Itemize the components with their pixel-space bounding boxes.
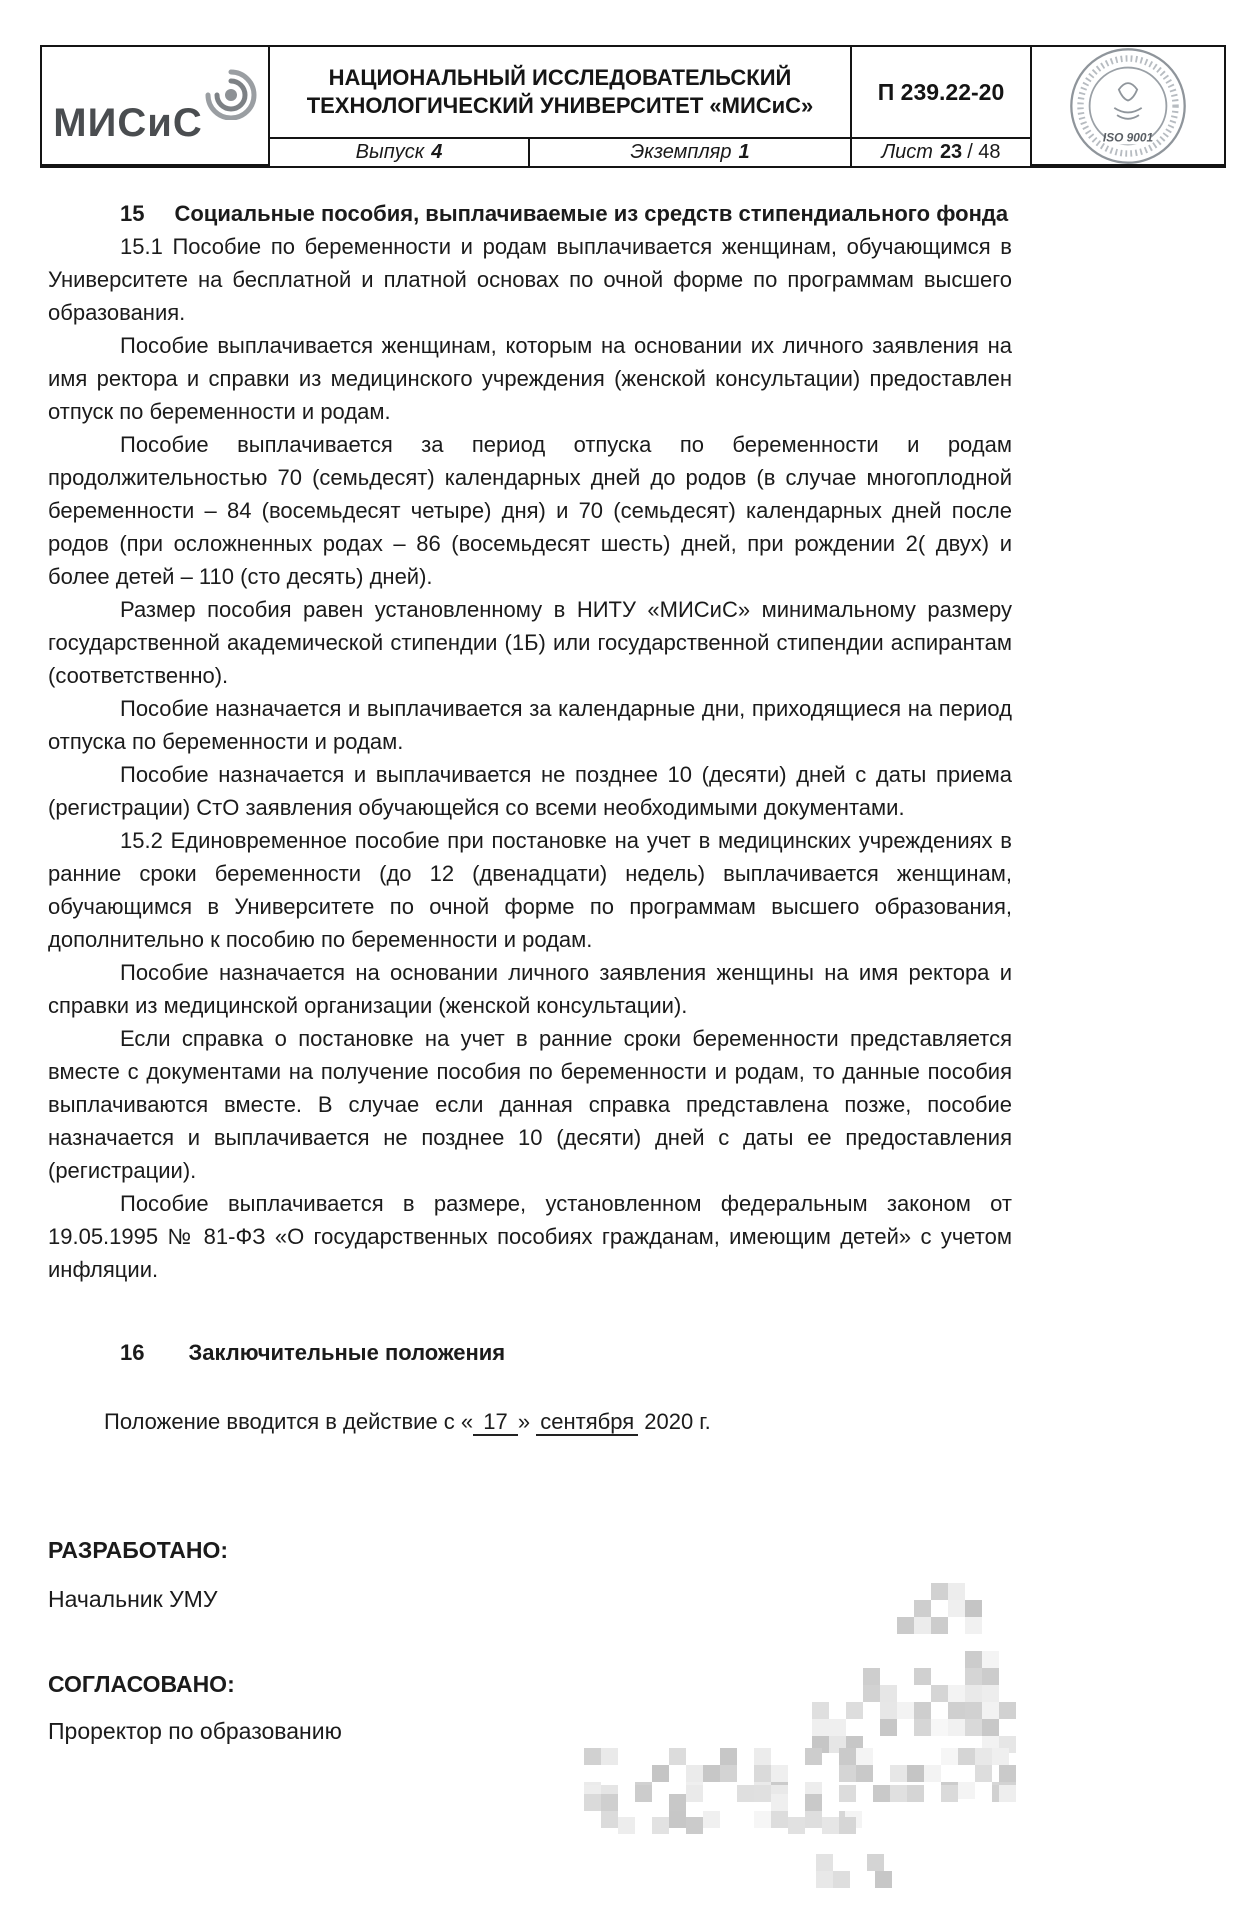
document-page: МИСиС НАЦИОНАЛЬНЫЙ ИССЛЕДОВАТЕЛЬСКИЙ ТЕХ… <box>0 0 1260 1905</box>
section-15-heading: 15Социальные пособия, выплачиваемые из с… <box>48 197 1012 230</box>
sheet-label: Лист <box>881 141 933 164</box>
section-15-title: Социальные пособия, выплачиваемые из сре… <box>174 201 1008 226</box>
misis-swirl-icon <box>205 68 257 125</box>
section-15-number: 15 <box>120 201 144 226</box>
sheet-total: / 48 <box>967 141 1000 164</box>
section-16-number: 16 <box>120 1340 144 1365</box>
paragraph: 15.2 Единовременное пособие при постанов… <box>48 824 1012 956</box>
document-header: МИСиС НАЦИОНАЛЬНЫЙ ИССЛЕДОВАТЕЛЬСКИЙ ТЕХ… <box>40 45 1226 168</box>
paragraph: Если справка о постановке на учет в ранн… <box>48 1022 1012 1187</box>
paragraph: Пособие выплачивается женщинам, которым … <box>48 329 1012 428</box>
effective-date-day: 17 <box>473 1409 518 1436</box>
paragraph: Пособие выплачивается в размере, установ… <box>48 1187 1012 1286</box>
svg-text:ISO 9001: ISO 9001 <box>1103 130 1153 144</box>
section-16-title: Заключительные положения <box>188 1340 505 1365</box>
section-16-heading: 16Заключительные положения <box>48 1336 1012 1369</box>
university-name-line1: НАЦИОНАЛЬНЫЙ ИССЛЕДОВАТЕЛЬСКИЙ <box>329 65 792 90</box>
document-body: 15Социальные пособия, выплачиваемые из с… <box>48 163 1012 1748</box>
paragraph: Пособие назначается и выплачивается не п… <box>48 758 1012 824</box>
paragraph: Пособие назначается и выплачивается за к… <box>48 692 1012 758</box>
paragraph: Пособие выплачивается за период отпуска … <box>48 428 1012 593</box>
sheet-cell: Лист 23 / 48 <box>852 139 1032 166</box>
sheet-number: 23 <box>940 141 962 164</box>
developed-role: Начальник УМУ <box>48 1583 1012 1616</box>
paragraph: Размер пособия равен установленному в НИ… <box>48 593 1012 692</box>
paragraph: Пособие назначается на основании личного… <box>48 956 1012 1022</box>
issue-cell: Выпуск 4 <box>270 139 530 166</box>
document-code: П 239.22-20 <box>878 79 1005 106</box>
paragraph: 15.1 Пособие по беременности и родам вып… <box>48 230 1012 329</box>
copy-cell: Экземпляр 1 <box>530 139 852 166</box>
copy-number: 1 <box>738 141 749 164</box>
copy-label: Экземпляр <box>630 141 731 164</box>
university-name-line2: ТЕХНОЛОГИЧЕСКИЙ УНИВЕРСИТЕТ «МИСиС» <box>307 93 814 118</box>
issue-label: Выпуск <box>356 141 425 164</box>
misis-logo-text: МИСиС <box>53 103 202 143</box>
agreed-label: СОГЛАСОВАНО: <box>48 1668 1012 1701</box>
signature-pixelated <box>584 1794 862 1834</box>
agreed-role: Проректор по образованию <box>48 1715 1012 1748</box>
issue-number: 4 <box>431 141 442 164</box>
developed-label: РАЗРАБОТАНО: <box>48 1534 1012 1567</box>
signature-pixelated <box>584 1748 1016 1802</box>
misis-logo: МИСиС <box>42 47 270 166</box>
iso-seal-icon: ISO 9001 <box>1064 42 1192 170</box>
signature-pixelated <box>816 1854 892 1888</box>
effective-date-month: сентября <box>536 1409 638 1436</box>
document-code-cell: П 239.22-20 <box>852 47 1032 139</box>
iso-seal: ISO 9001 <box>1032 47 1224 166</box>
effective-date-line: Положение вводится в действие с « 17 » с… <box>48 1405 1012 1438</box>
university-name: НАЦИОНАЛЬНЫЙ ИССЛЕДОВАТЕЛЬСКИЙ ТЕХНОЛОГИ… <box>270 47 852 139</box>
